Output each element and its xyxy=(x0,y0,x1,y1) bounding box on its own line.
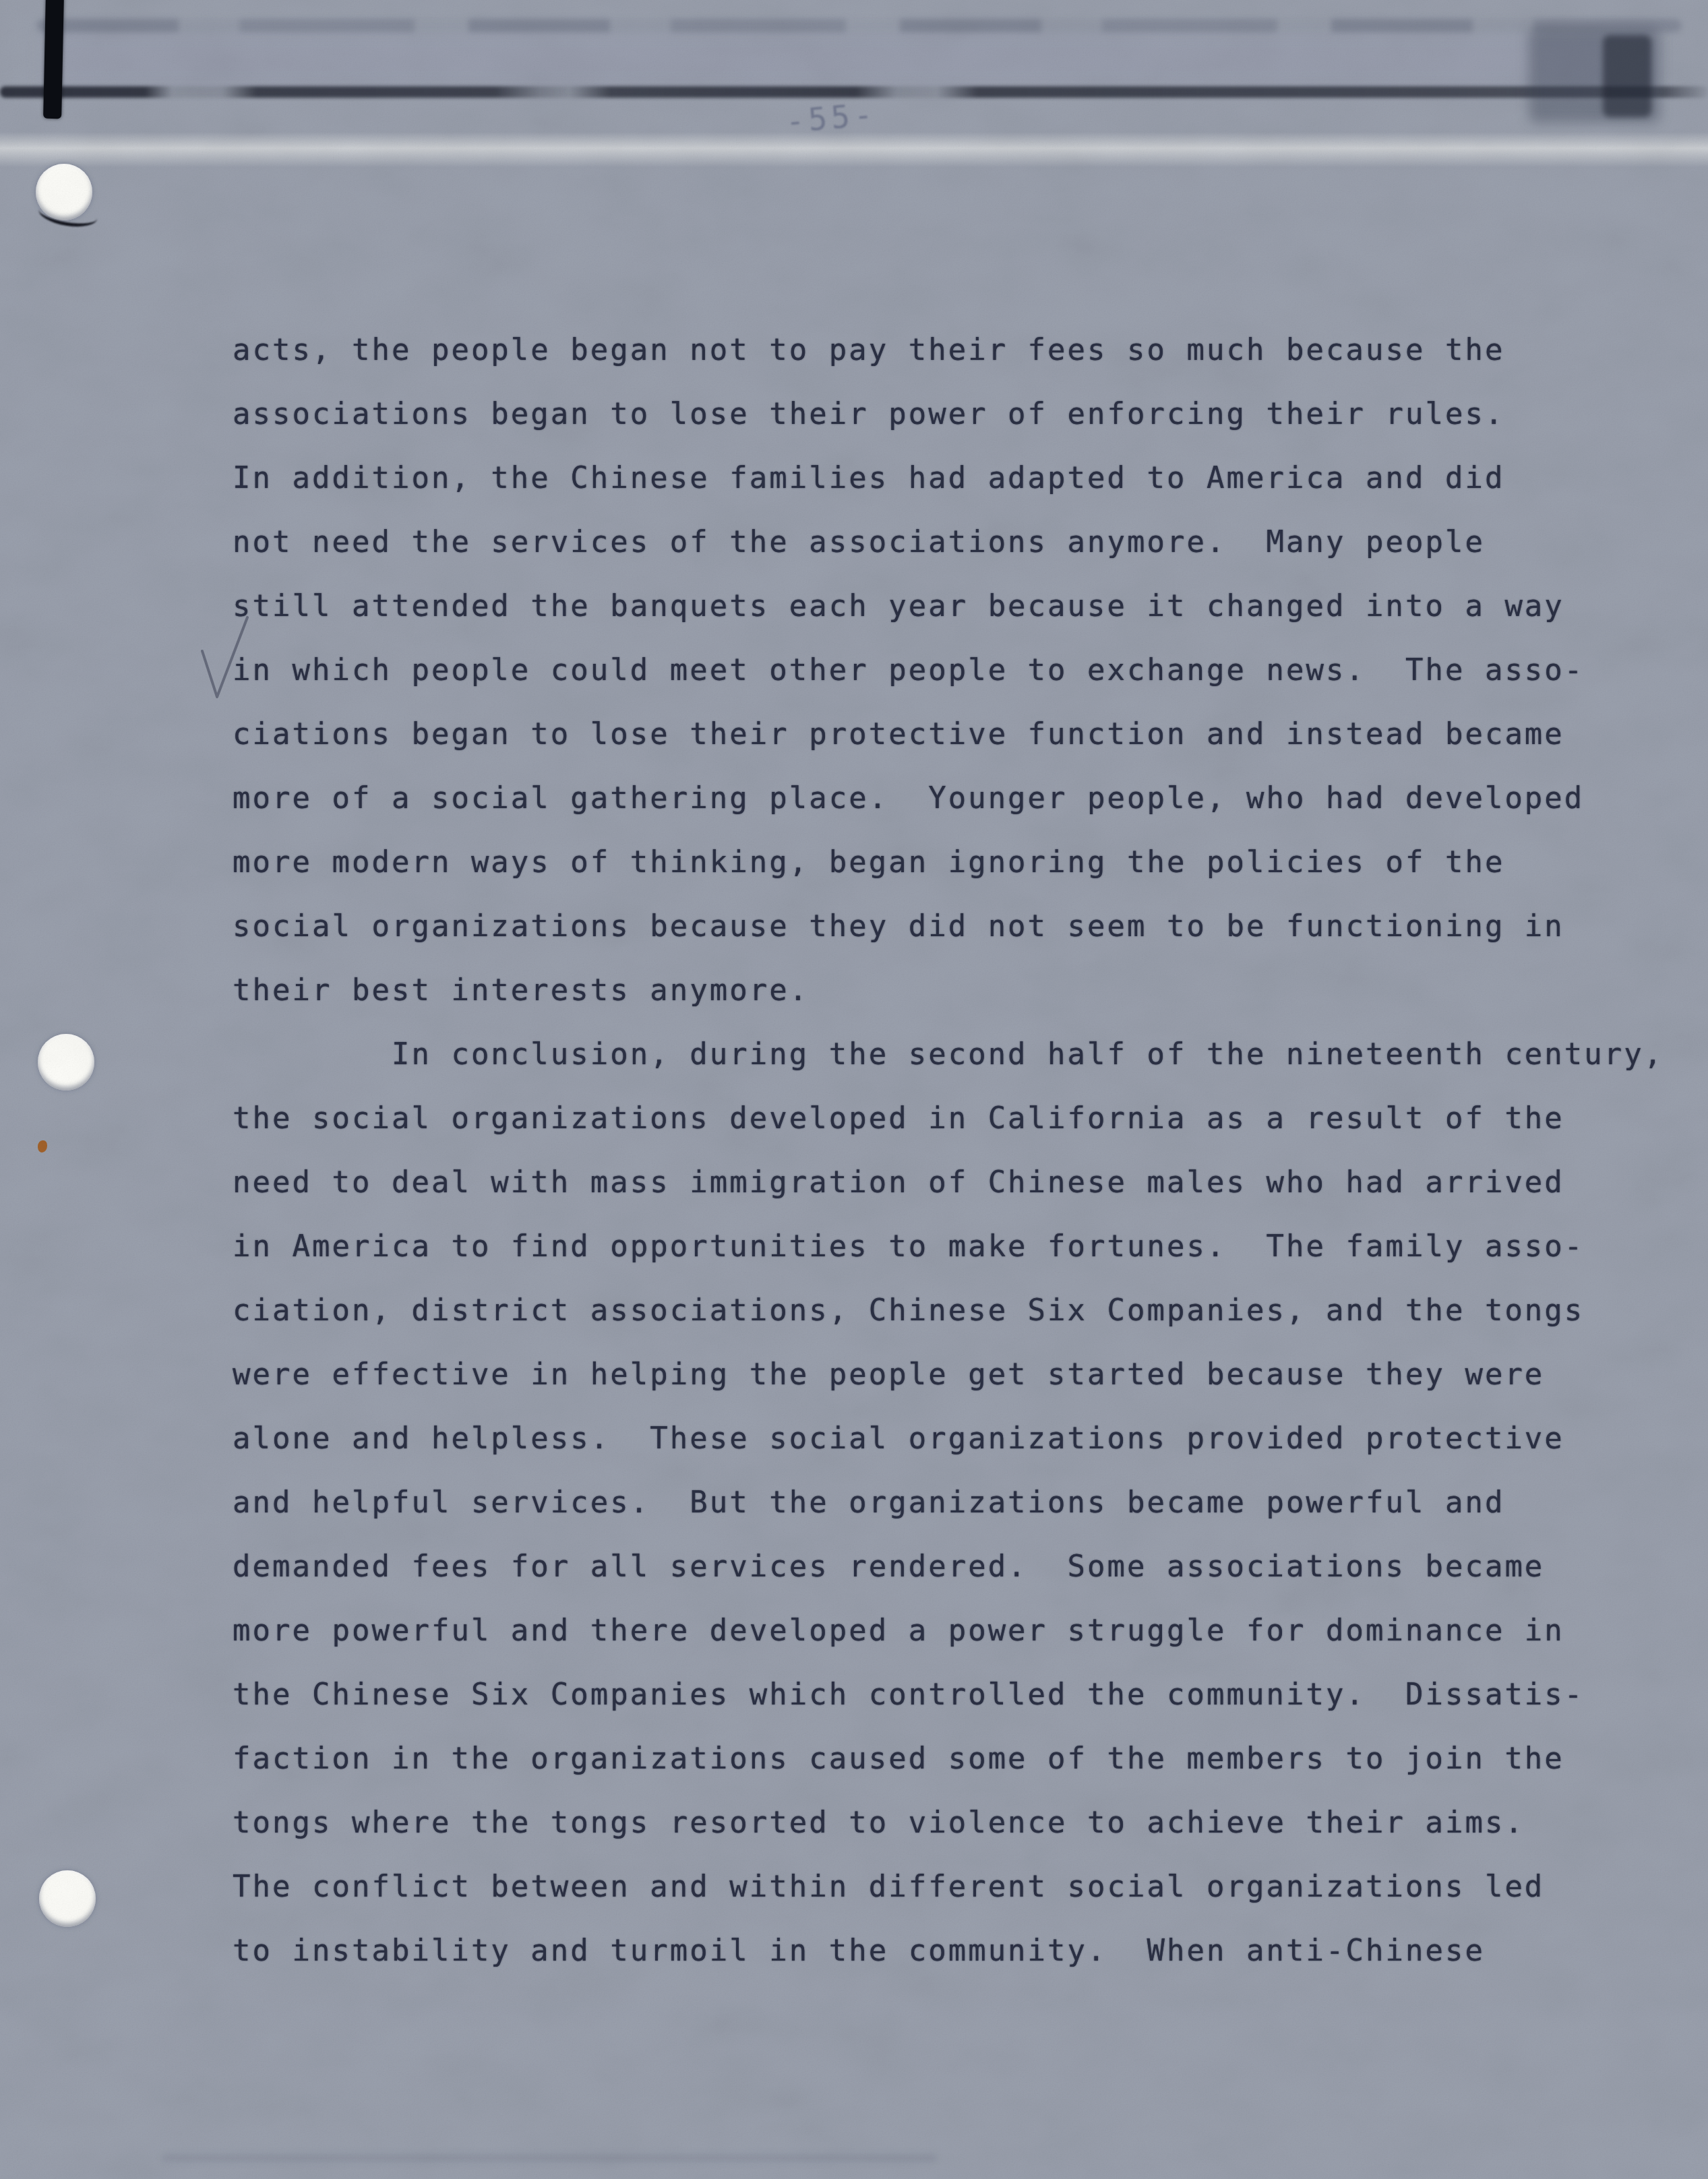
text-line: in America to find opportunities to make… xyxy=(233,1215,1664,1279)
text-line: faction in the organizations caused some… xyxy=(233,1727,1664,1791)
text-line: ciations began to lose their protective … xyxy=(233,702,1664,766)
text-line: demanded fees for all services rendered.… xyxy=(233,1535,1664,1599)
text-line: and helpful services. But the organizati… xyxy=(233,1471,1664,1535)
scan-smudge-line xyxy=(0,86,1708,98)
text-line: more powerful and there developed a powe… xyxy=(233,1599,1664,1663)
text-line: in which people could meet other people … xyxy=(233,638,1664,702)
text-line: ciation, district associations, Chinese … xyxy=(233,1279,1664,1343)
hole-punch-middle xyxy=(38,1034,94,1091)
scan-bottom-streak xyxy=(162,2154,937,2162)
scan-corner-blot xyxy=(1603,35,1651,117)
typewritten-text: acts, the people began not to pay their … xyxy=(233,318,1664,1983)
text-line: not need the services of the association… xyxy=(233,510,1664,574)
text-line: The conflict between and within differen… xyxy=(233,1855,1664,1919)
text-line: to instability and turmoil in the commun… xyxy=(233,1919,1664,1983)
text-line: the social organizations developed in Ca… xyxy=(233,1086,1664,1150)
rust-speck xyxy=(38,1140,47,1153)
text-line: associations began to lose their power o… xyxy=(233,382,1664,446)
binding-mark xyxy=(43,0,64,119)
text-line: tongs where the tongs resorted to violen… xyxy=(233,1791,1664,1855)
paper-crease xyxy=(0,132,1708,167)
text-line: need to deal with mass immigration of Ch… xyxy=(233,1150,1664,1215)
text-line: the Chinese Six Companies which controll… xyxy=(233,1663,1664,1727)
text-line: alone and helpless. These social organiz… xyxy=(233,1407,1664,1471)
hole-punch-bottom xyxy=(39,1870,96,1927)
text-line: still attended the banquets each year be… xyxy=(233,574,1664,638)
text-line: were effective in helping the people get… xyxy=(233,1343,1664,1407)
text-line: social organizations because they did no… xyxy=(233,894,1664,958)
scanned-page: -55- acts, the people began not to pay t… xyxy=(0,0,1708,2179)
scan-smudge-faint-line xyxy=(37,19,1682,32)
text-line: more modern ways of thinking, began igno… xyxy=(233,830,1664,894)
text-line: more of a social gathering place. Younge… xyxy=(233,766,1664,830)
text-line: their best interests anymore. xyxy=(233,958,1664,1022)
text-line: acts, the people began not to pay their … xyxy=(233,318,1664,382)
scan-gray-wash xyxy=(40,32,1658,86)
text-line: In addition, the Chinese families had ad… xyxy=(233,446,1664,510)
text-line: In conclusion, during the second half of… xyxy=(233,1022,1664,1086)
